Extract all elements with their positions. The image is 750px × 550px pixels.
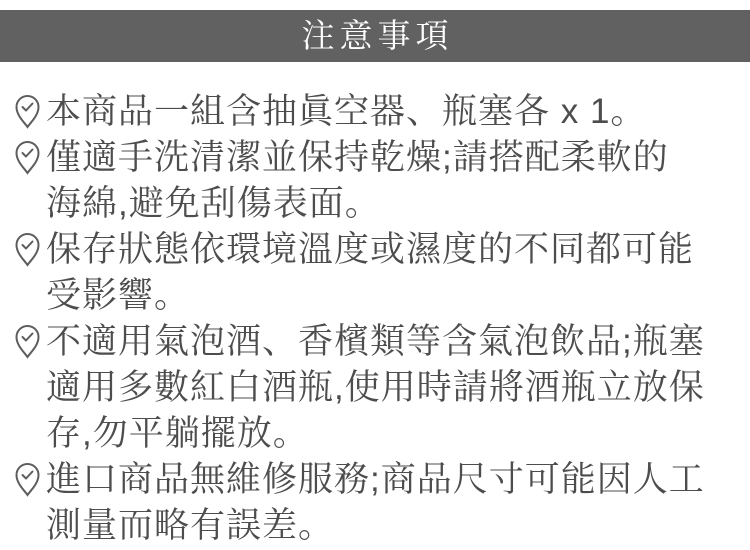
note-line: 測量而略有誤差。 xyxy=(46,503,744,549)
note-text: 不適用氣泡酒、香檳類等含氣泡飲品;瓶塞 適用多數紅白酒瓶,使用時請將酒瓶立放保 … xyxy=(46,319,744,457)
page-title: 注意事項 xyxy=(297,10,454,62)
note-text: 保存狀態依環境溫度或濕度的不同都可能 受影響。 xyxy=(46,227,744,319)
pin-check-icon xyxy=(14,89,46,129)
notes-list: 本商品一組含抽眞空器、瓶塞各 x 1。 僅適手洗清潔並保持乾燥;請搭配柔軟的 海… xyxy=(0,89,750,549)
note-line: 進口商品無維修服務;商品尺寸可能因人工 xyxy=(46,457,744,503)
note-line: 不適用氣泡酒、香檳類等含氣泡飲品;瓶塞 xyxy=(46,319,744,365)
note-item: 僅適手洗清潔並保持乾燥;請搭配柔軟的 海綿,避免刮傷表面。 xyxy=(14,135,744,227)
note-line: 適用多數紅白酒瓶,使用時請將酒瓶立放保 xyxy=(46,365,744,411)
pin-check-icon xyxy=(14,319,46,359)
note-item: 本商品一組含抽眞空器、瓶塞各 x 1。 xyxy=(14,89,744,135)
note-line: 本商品一組含抽眞空器、瓶塞各 x 1。 xyxy=(46,89,744,135)
notice-panel: 注意事項 本商品一組含抽眞空器、瓶塞各 x 1。 僅適手洗清潔 xyxy=(0,0,750,550)
notice-header: 注意事項 xyxy=(0,10,750,62)
pin-check-icon xyxy=(14,457,46,497)
note-text: 僅適手洗清潔並保持乾燥;請搭配柔軟的 海綿,避免刮傷表面。 xyxy=(46,135,744,227)
note-line: 海綿,避免刮傷表面。 xyxy=(46,181,744,227)
note-line: 保存狀態依環境溫度或濕度的不同都可能 xyxy=(46,227,744,273)
pin-check-icon xyxy=(14,227,46,267)
note-item: 不適用氣泡酒、香檳類等含氣泡飲品;瓶塞 適用多數紅白酒瓶,使用時請將酒瓶立放保 … xyxy=(14,319,744,457)
note-line: 存,勿平躺擺放。 xyxy=(46,411,744,457)
note-line: 僅適手洗清潔並保持乾燥;請搭配柔軟的 xyxy=(46,135,744,181)
note-item: 保存狀態依環境溫度或濕度的不同都可能 受影響。 xyxy=(14,227,744,319)
note-text: 本商品一組含抽眞空器、瓶塞各 x 1。 xyxy=(46,89,744,135)
note-item: 進口商品無維修服務;商品尺寸可能因人工 測量而略有誤差。 xyxy=(14,457,744,549)
pin-check-icon xyxy=(14,135,46,175)
note-text: 進口商品無維修服務;商品尺寸可能因人工 測量而略有誤差。 xyxy=(46,457,744,549)
note-line: 受影響。 xyxy=(46,273,744,319)
